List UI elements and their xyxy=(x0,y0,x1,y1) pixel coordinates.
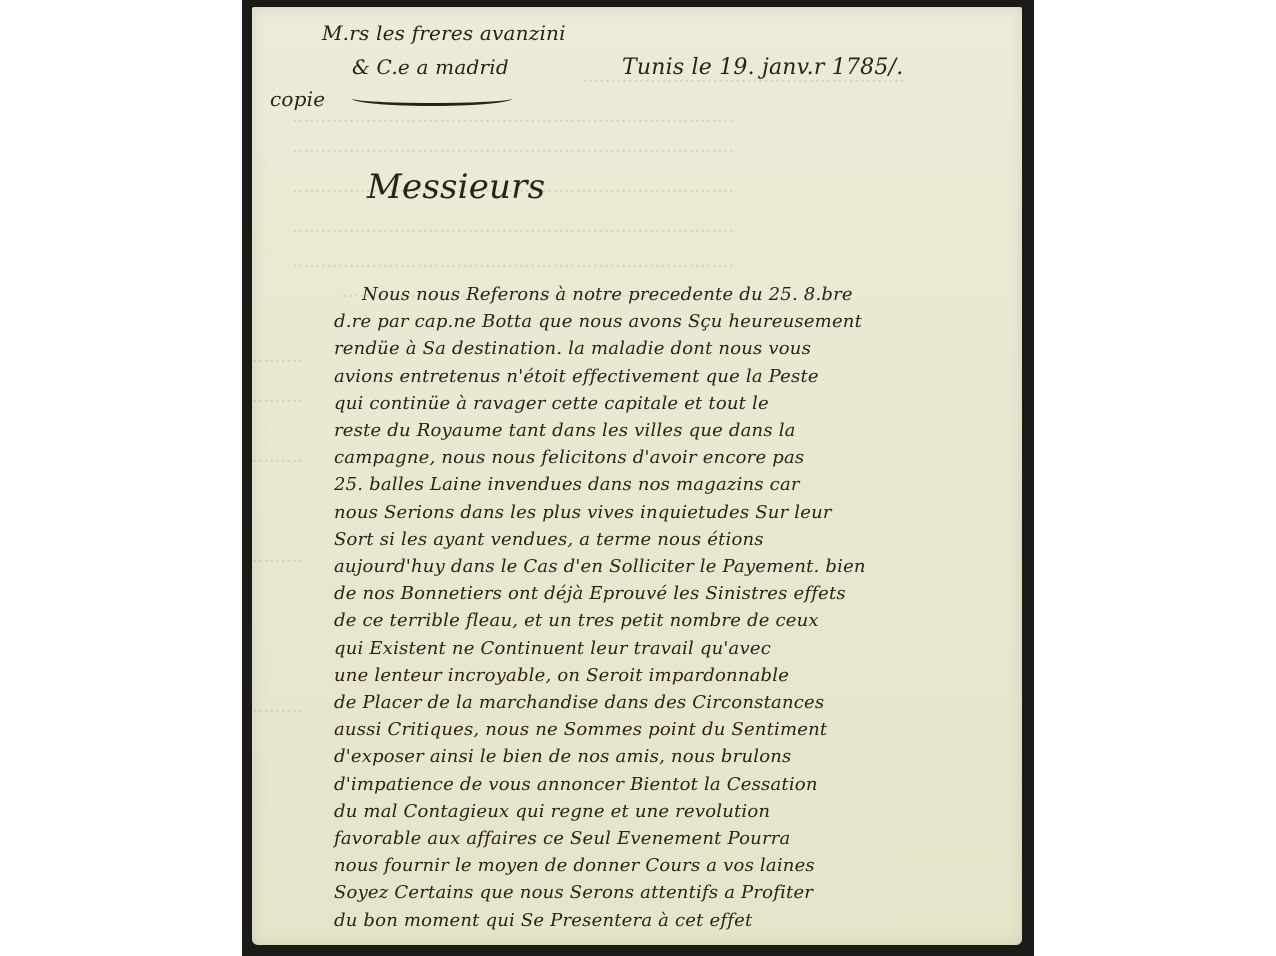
body-line: d.re par cap.ne Botta que nous avons Sçu… xyxy=(334,311,862,332)
body-line: Nous nous Referons à notre precedente du… xyxy=(362,284,853,305)
body-line: nous fournir le moyen de donner Cours a … xyxy=(334,855,815,876)
copy-mark: copie xyxy=(270,87,325,111)
body-line: qui continüe à ravager cette capitale et… xyxy=(334,393,769,414)
body-line: avions entretenus n'étoit effectivement … xyxy=(334,366,819,387)
body-line: favorable aux affaires ce Seul Evenement… xyxy=(334,828,790,849)
body-line: d'exposer ainsi le bien de nos amis, nou… xyxy=(334,746,791,767)
show-through-text: ……… xyxy=(252,447,303,467)
body-line: rendüe à Sa destination. la maladie dont… xyxy=(334,338,811,359)
body-line: du bon moment qui Se Presentera à cet ef… xyxy=(334,910,752,931)
addressee-line-1: M.rs les freres avanzini xyxy=(322,21,566,45)
body-line: campagne, nous nous felicitons d'avoir e… xyxy=(334,447,804,468)
salutation: Messieurs xyxy=(367,167,545,207)
body-line: aussi Critiques, nous ne Sommes point du… xyxy=(334,719,827,740)
show-through-text: ……… xyxy=(252,387,303,407)
body-line: 25. balles Laine invendues dans nos maga… xyxy=(334,474,800,495)
place-and-date: Tunis le 19. janv.r 1785/. xyxy=(622,55,903,80)
show-through-text: …………………………………………………………………… xyxy=(292,137,734,157)
show-through-text: ……… xyxy=(252,347,303,367)
body-line: de Placer de la marchandise dans des Cir… xyxy=(334,692,824,713)
body-line: nous Serions dans les plus vives inquiet… xyxy=(334,502,832,523)
show-through-text: …………………………………………………………………… xyxy=(292,217,734,237)
show-through-text: …………………………………………………………………… xyxy=(292,252,734,272)
show-through-text: ……… xyxy=(252,697,303,717)
show-through-text: …………………………………………………………………… xyxy=(292,107,734,127)
body-line: de ce terrible fleau, et un tres petit n… xyxy=(334,610,819,631)
body-line: du mal Contagieux qui regne et une revol… xyxy=(334,801,770,822)
body-line: Sort si les ayant vendues, a terme nous … xyxy=(334,529,764,550)
body-line: de nos Bonnetiers ont déjà Eprouvé les S… xyxy=(334,583,846,604)
body-line: qui Existent ne Continuent leur travail … xyxy=(334,638,771,659)
letter-page: ………………………………………………… ……………………………………………………… xyxy=(252,7,1022,945)
body-line: d'impatience de vous annoncer Bientot la… xyxy=(334,774,818,795)
body-line: une lenteur incroyable, on Seroit impard… xyxy=(334,665,789,686)
addressee-line-2: & C.e a madrid xyxy=(352,55,509,79)
header-flourish xyxy=(352,91,512,106)
show-through-text: ……… xyxy=(252,547,303,567)
body-line: aujourd'huy dans le Cas d'en Solliciter … xyxy=(334,556,866,577)
body-line: reste du Royaume tant dans les villes qu… xyxy=(334,420,796,441)
body-line: Soyez Certains que nous Serons attentifs… xyxy=(334,882,813,903)
